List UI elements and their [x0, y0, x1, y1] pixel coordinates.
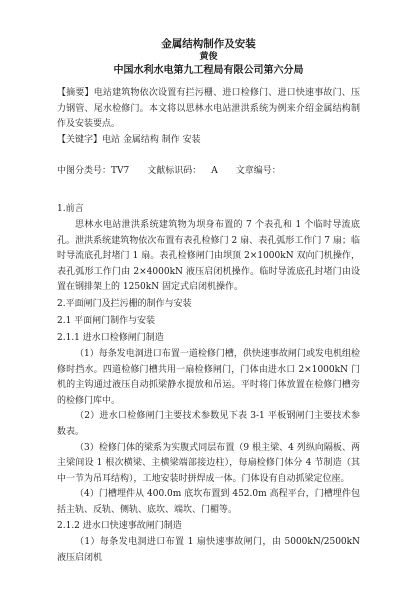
- meta-line: 中图分类号：TV7文献标识码：A文章编号：: [57, 164, 360, 180]
- paragraph-item-1: （1）每条发电洞进口布置一道检修门槽，供快速事故闸门或发电机组检修时挡水。四道检…: [57, 347, 360, 409]
- paragraph-intro: 思林水电站泄洪系统建筑物为坝身布置的 7 个表孔和 1 个临时导流底孔。泄洪系统…: [57, 218, 360, 296]
- keywords-text: 电站 金属结构 制作 安装: [102, 135, 201, 145]
- document-page: 金属结构制作及安装 黄俊 中国水利水电第九工程局有限公司第六分局 【摘要】电站建…: [0, 0, 417, 590]
- clc-value: TV7: [111, 166, 129, 176]
- paper-author: 黄俊: [57, 51, 360, 64]
- paragraph-item-3: （3）检修门体的梁系为实腹式同层布置（9 根主梁、4 列纵向隔板、两主梁间设 1…: [57, 441, 360, 488]
- section-heading-intro: 1.前言: [57, 201, 360, 218]
- abstract-label: 【摘要】: [57, 88, 94, 98]
- clc-label: 中图分类号：: [57, 166, 111, 176]
- doc-code-value: A: [211, 166, 218, 176]
- paper-title: 金属结构制作及安装: [57, 38, 360, 51]
- keywords-line: 【关键字】电站 金属结构 制作 安装: [57, 133, 360, 149]
- abstract-paragraph: 【摘要】电站建筑物依次设置有拦污栅、进口检修门、进口快速事故门、压力钢管、尾水检…: [57, 86, 360, 133]
- section-heading-2: 2.平面闸门及拦污栅的制作与安装: [57, 296, 360, 313]
- doc-code-label: 文献标识码：: [147, 166, 201, 176]
- paragraph-fast-item-1: （1）每条发电洞进口布置 1 扇快速事故闸门，由 5000kN/2500kN 液…: [57, 535, 360, 566]
- section-heading-2-1-1: 2.1.1 进水口检修闸门制造: [57, 330, 360, 347]
- article-no-label: 文章编号：: [236, 166, 281, 176]
- section-heading-2-1: 2.1 平面闸门制作与安装: [57, 313, 360, 330]
- paragraph-item-4: （4）门槽埋件从 400.0m 底坎布置到 452.0m 高程平台，门槽埋件包括…: [57, 487, 360, 518]
- section-heading-2-1-2: 2.1.2 进水口快速事故闸门制造: [57, 518, 360, 535]
- paragraph-item-2: （2）进水口检修闸门主要技术参数见下表 3-1 平板钢闸门主要技术参数表。: [57, 409, 360, 440]
- keywords-label: 【关键字】: [57, 135, 102, 145]
- abstract-text: 电站建筑物依次设置有拦污栅、进口检修门、进口快速事故门、压力钢管、尾水检修门。本…: [57, 88, 360, 129]
- paper-affiliation: 中国水利水电第九工程局有限公司第六分局: [57, 64, 360, 78]
